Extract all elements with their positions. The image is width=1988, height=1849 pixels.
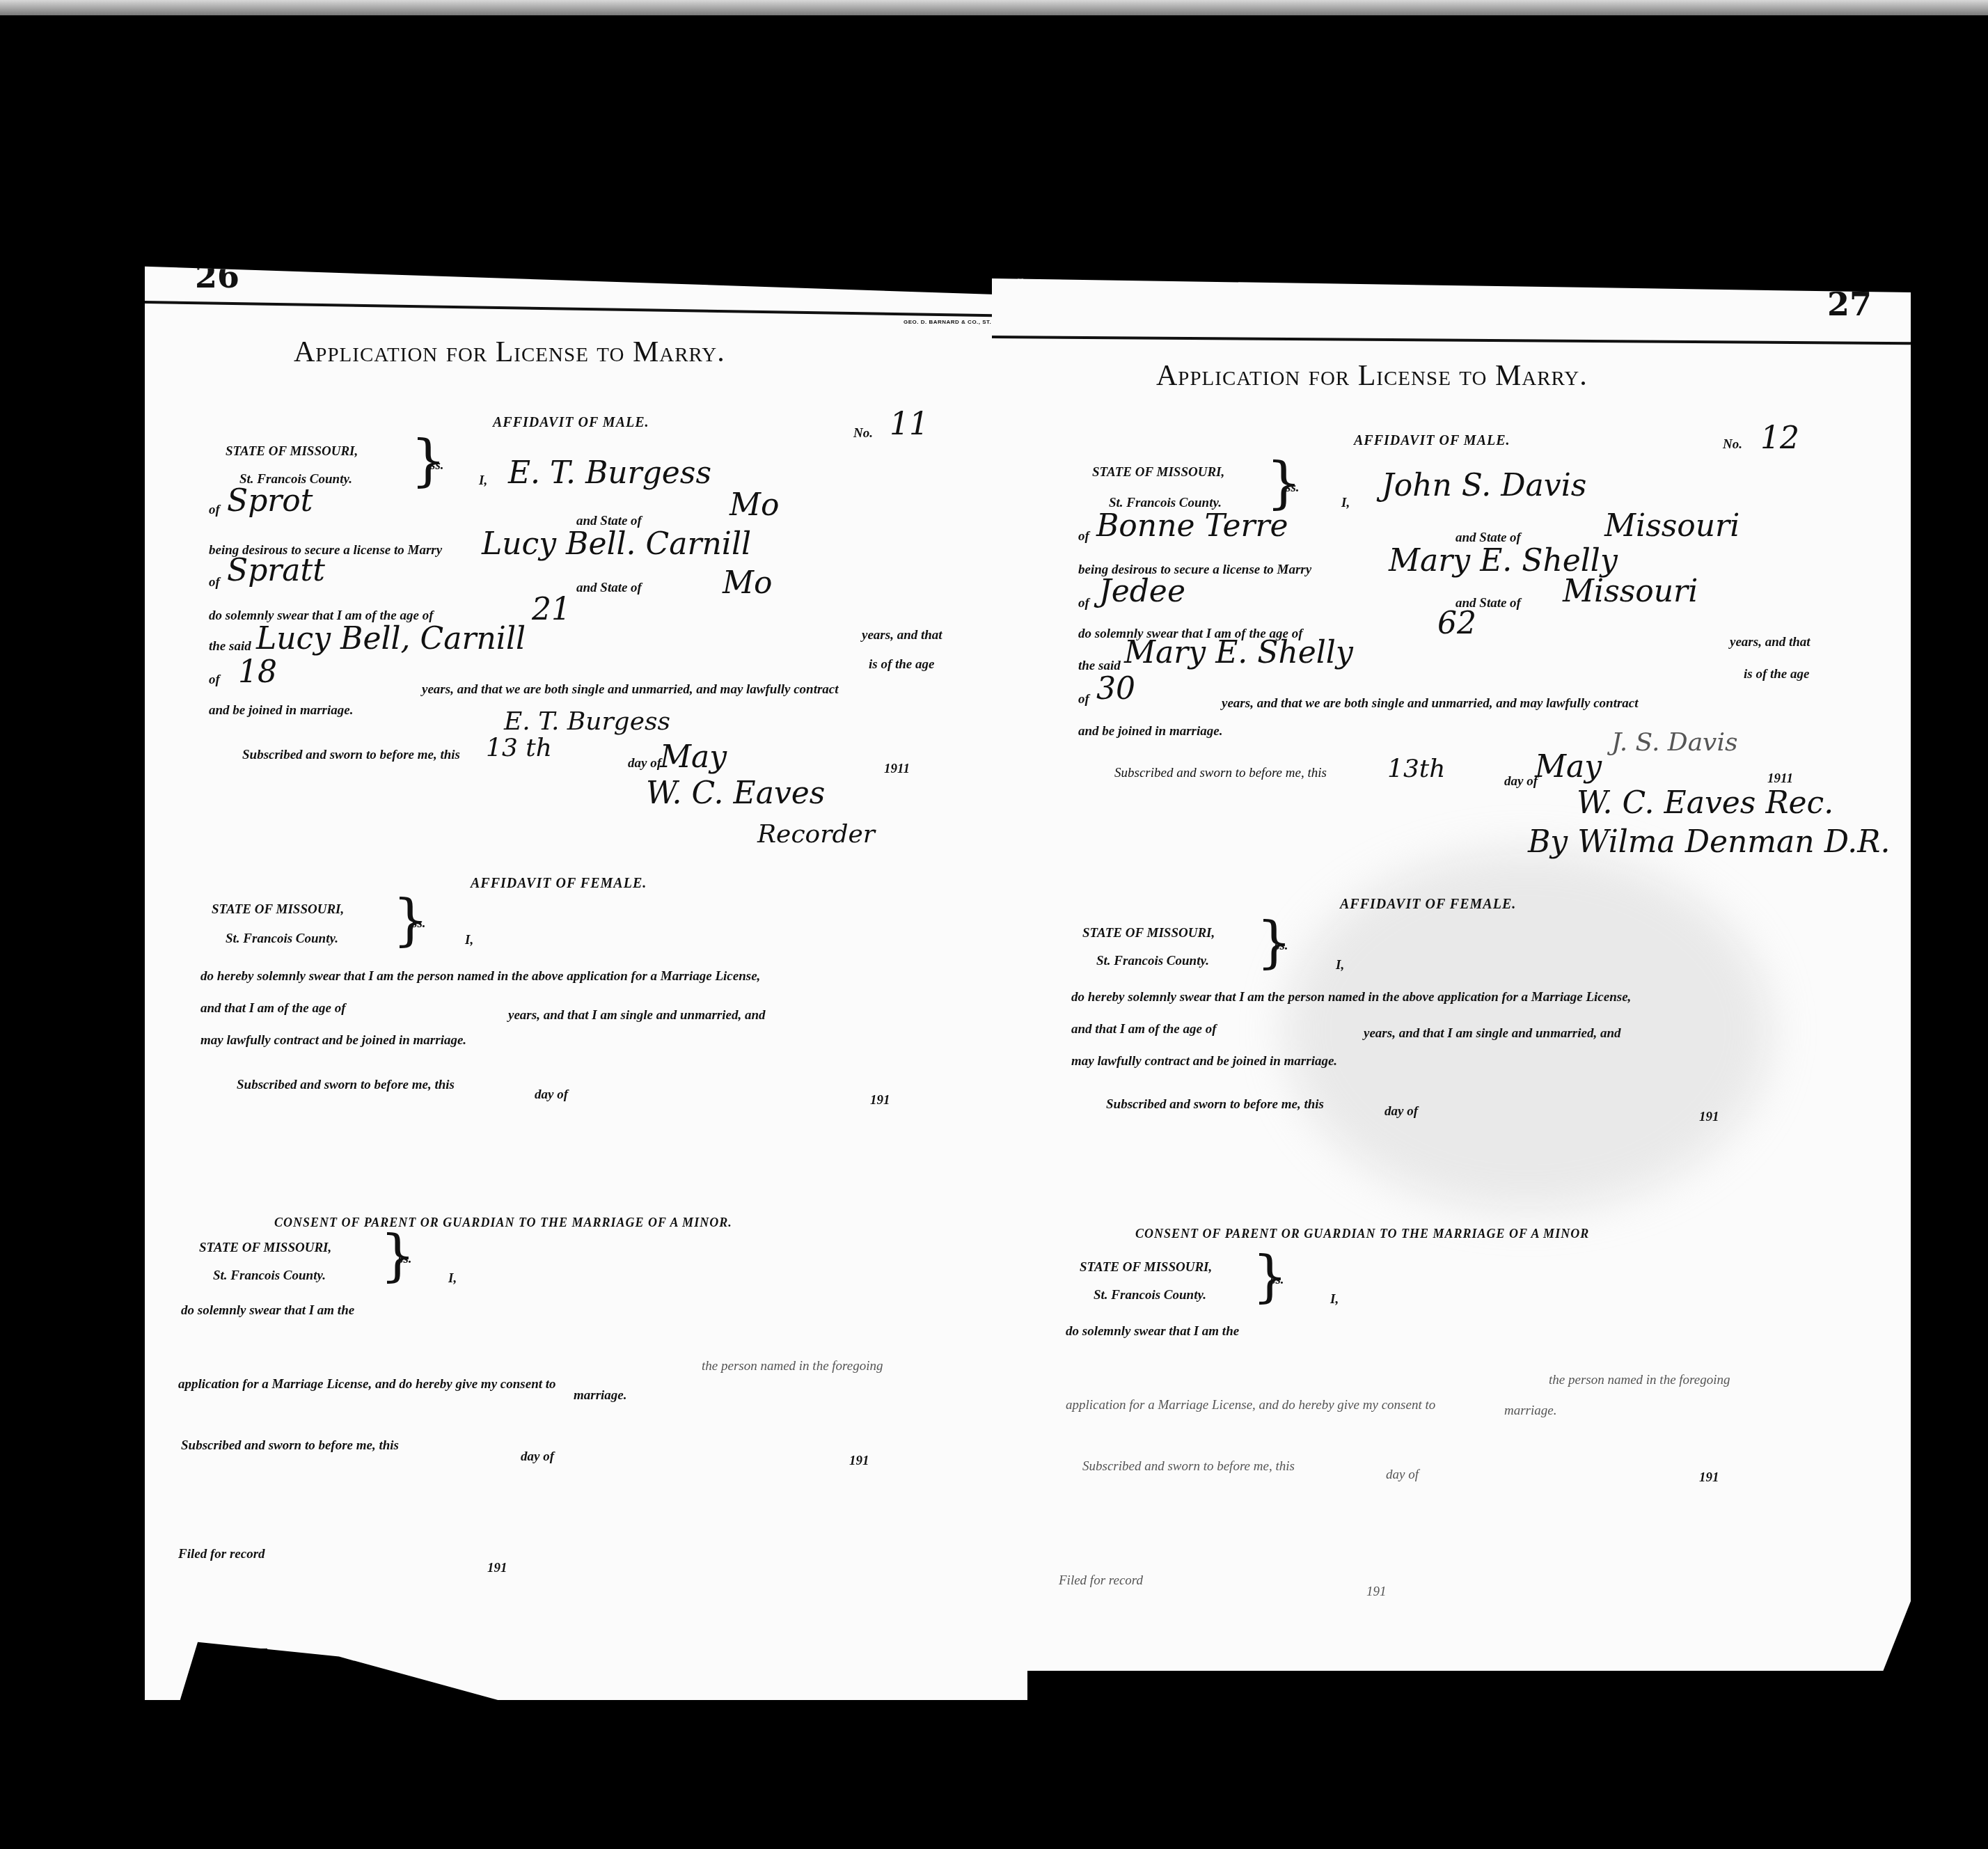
applicant-signature: E. T. Burgess [504, 707, 670, 736]
joined-label: and be joined in marriage. [209, 703, 353, 718]
both-single-label: years, and that we are both single and u… [422, 682, 839, 698]
page-title: Application for License to Marry. [294, 336, 725, 369]
ss-label: ss. [412, 916, 426, 931]
day-of-label: day of [535, 1087, 568, 1103]
bride-of-label: of [1078, 596, 1089, 611]
subscribed-label: Subscribed and sworn to before me, this [1082, 1459, 1295, 1474]
county-label: St. Francois County. [1094, 1288, 1206, 1303]
year-prefix: 191 [1699, 1470, 1719, 1486]
ss-label: ss. [398, 1252, 412, 1267]
bride-and-state-label: and State of [576, 581, 642, 596]
year-prefix: 191 [849, 1454, 869, 1469]
header-rule [992, 336, 1911, 345]
female-affidavit-heading: AFFIDAVIT OF FEMALE. [1340, 897, 1516, 913]
i-label: I, [1341, 496, 1350, 511]
right-page: 27 Application for License to Marry. AFF… [992, 278, 1911, 1671]
county-label: St. Francois County. [226, 931, 338, 947]
applicant-age: 62 [1437, 606, 1476, 641]
applicant-signature: J. S. Davis [1611, 728, 1737, 757]
bride-state: Mo [723, 565, 773, 601]
bride-name-repeat: Lucy Bell, Carnill [256, 621, 526, 656]
years-and-that-label: years, and that [862, 628, 942, 643]
consent-line-3b: marriage. [574, 1388, 627, 1403]
i-label: I, [1330, 1292, 1339, 1307]
applicant-state: Missouri [1604, 508, 1739, 544]
scan-top-edge [0, 0, 1988, 15]
ss-label: ss. [1286, 480, 1300, 496]
day-of-label: day of [1384, 1104, 1418, 1119]
bride-age-of-label: of [1078, 692, 1089, 707]
female-line-1: do hereby solemnly swear that I am the p… [1071, 990, 1631, 1005]
record-number-value: 11 [890, 407, 929, 442]
subscribed-label: Subscribed and sworn to before me, this [181, 1438, 399, 1454]
filed-year-prefix: 191 [487, 1561, 507, 1576]
page-number: 26 [195, 258, 239, 295]
state-label: STATE OF MISSOURI, [1092, 465, 1224, 480]
i-label: I, [1336, 958, 1344, 973]
filed-for-record-label: Filed for record [178, 1547, 265, 1562]
day-of-label: day of [1386, 1468, 1419, 1483]
joined-label: and be joined in marriage. [1078, 724, 1222, 739]
bride-residence: Jedee [1099, 574, 1185, 609]
state-label: STATE OF MISSOURI, [199, 1241, 331, 1256]
applicant-name: E. T. Burgess [508, 455, 711, 491]
i-label: I, [448, 1271, 457, 1287]
day-of-label: day of [1504, 774, 1538, 789]
consent-line-1: do solemnly swear that I am the [1066, 1324, 1239, 1339]
applicant-residence: Sprot [227, 483, 313, 519]
of-label: of [1078, 529, 1089, 544]
ss-label: ss. [1270, 1273, 1284, 1288]
subscribed-label: Subscribed and sworn to before me, this [237, 1078, 455, 1093]
male-affidavit-heading: AFFIDAVIT OF MALE. [493, 415, 649, 431]
female-line-2a: and that I am of the age of [1071, 1022, 1216, 1037]
year-prefix: 191 [870, 1093, 890, 1108]
consent-heading: CONSENT OF PARENT OR GUARDIAN TO THE MAR… [274, 1215, 732, 1230]
bride-name: Lucy Bell. Carnill [482, 526, 751, 562]
officer-signature: W. C. Eaves Rec. [1577, 785, 1833, 821]
year-prefix: 191 [1699, 1110, 1719, 1125]
applicant-residence: Bonne Terre [1096, 508, 1288, 544]
consent-line-3a: application for a Marriage License, and … [1066, 1398, 1435, 1413]
sworn-year: 1911 [1767, 771, 1793, 787]
consent-heading: CONSENT OF PARENT OR GUARDIAN TO THE MAR… [1135, 1227, 1589, 1241]
subscribed-label: Subscribed and sworn to before me, this [242, 748, 460, 763]
day-of-label: day of [521, 1449, 554, 1465]
bride-of-label: of [209, 575, 220, 590]
consent-line-3a: application for a Marriage License, and … [178, 1377, 556, 1392]
officer-signature: W. C. Eaves [646, 776, 825, 811]
subscribed-label: Subscribed and sworn to before me, this [1114, 766, 1327, 781]
the-said-label: the said [209, 639, 251, 654]
sworn-day: 13th [1387, 755, 1445, 783]
bride-state: Missouri [1563, 574, 1698, 609]
record-number-label: No. [853, 426, 873, 441]
record-number-value: 12 [1760, 420, 1799, 456]
state-label: STATE OF MISSOURI, [212, 902, 344, 918]
county-label: St. Francois County. [213, 1268, 326, 1284]
applicant-name: John S. Davis [1382, 468, 1586, 503]
of-label: of [209, 503, 220, 518]
bride-age: 30 [1096, 671, 1135, 707]
consent-line-1: do solemnly swear that I am the [181, 1303, 354, 1319]
sworn-year: 1911 [884, 762, 910, 777]
page-title: Application for License to Marry. [1156, 359, 1588, 393]
female-line-3: may lawfully contract and be joined in m… [1071, 1054, 1337, 1069]
female-line-2b: years, and that I am single and unmarrie… [1364, 1026, 1621, 1041]
bride-age: 18 [238, 654, 277, 690]
consent-line-2: the person named in the foregoing [1549, 1373, 1730, 1388]
years-and-that-label: years, and that [1730, 635, 1810, 650]
consent-line-3b: marriage. [1504, 1403, 1556, 1419]
state-label: STATE OF MISSOURI, [1082, 926, 1215, 941]
subscribed-label: Subscribed and sworn to before me, this [1106, 1097, 1324, 1112]
ss-label: ss. [430, 458, 444, 473]
bride-age-of-label: of [209, 672, 220, 688]
i-label: I, [479, 473, 487, 489]
officer-title: Recorder [757, 820, 875, 849]
male-affidavit-heading: AFFIDAVIT OF MALE. [1354, 433, 1510, 449]
female-affidavit-heading: AFFIDAVIT OF FEMALE. [471, 876, 647, 892]
i-label: I, [465, 933, 473, 948]
is-of-age-label: is of the age [869, 657, 934, 672]
state-label: STATE OF MISSOURI, [1080, 1260, 1212, 1275]
bride-residence: Spratt [227, 553, 325, 588]
sworn-day: 13 th [486, 734, 552, 762]
record-number-label: No. [1723, 437, 1742, 453]
both-single-label: years, and that we are both single and u… [1222, 696, 1639, 711]
female-line-1: do hereby solemnly swear that I am the p… [200, 969, 760, 984]
ss-label: ss. [1275, 938, 1288, 954]
filed-year-prefix: 191 [1366, 1584, 1387, 1600]
left-page: 26 GEO. D. BARNARD & CO., ST. LOUIS Appl… [145, 252, 1027, 1700]
consent-line-2: the person named in the foregoing [702, 1359, 883, 1374]
state-label: STATE OF MISSOURI, [226, 444, 358, 459]
female-line-2b: years, and that I am single and unmarrie… [508, 1008, 766, 1023]
applicant-age: 21 [532, 592, 571, 627]
bride-name-repeat: Mary E. Shelly [1124, 635, 1353, 670]
is-of-age-label: is of the age [1744, 667, 1809, 682]
binding-shadow [210, 1649, 267, 1718]
day-of-label: day of [628, 756, 661, 771]
filed-for-record-label: Filed for record [1059, 1573, 1143, 1589]
header-rule [145, 301, 1027, 317]
female-line-2a: and that I am of the age of [200, 1001, 345, 1016]
female-line-3: may lawfully contract and be joined in m… [200, 1033, 466, 1048]
sworn-month: May [1535, 749, 1602, 785]
page-number: 27 [1827, 285, 1872, 323]
applicant-state: Mo [729, 487, 780, 523]
deputy-signature: By Wilma Denman D.R. [1528, 824, 1890, 860]
county-label: St. Francois County. [1096, 954, 1209, 969]
sworn-month: May [660, 739, 727, 775]
